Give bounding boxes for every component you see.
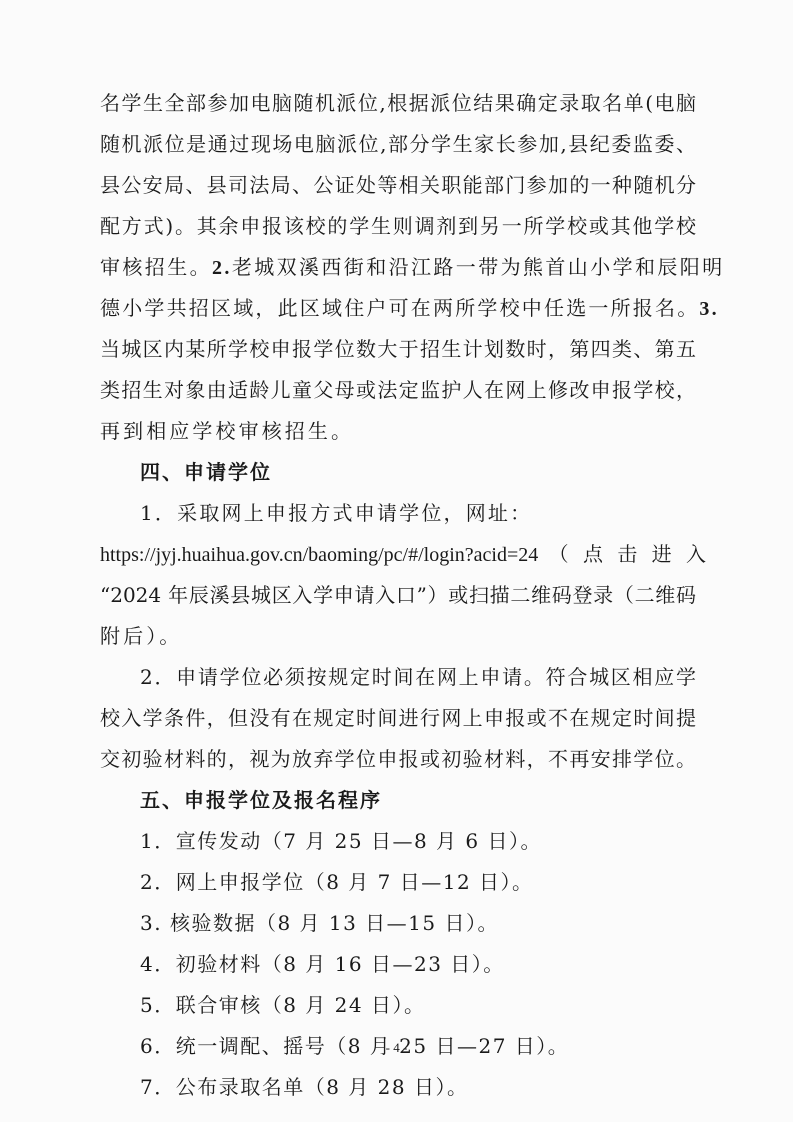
url-line: https://jyj.huaihua.gov.cn/baoming/pc/#/… (100, 541, 696, 568)
bold-number: 3. (699, 298, 718, 320)
registration-url-link[interactable]: https://jyj.huaihua.gov.cn/baoming/pc/#/… (100, 544, 538, 566)
body-text-line: 德小学共招区域，此区域住户可在两所学校中任选一所报名。3. (100, 295, 696, 322)
procedure-step: 3. 核验数据（8 月 13 日—15 日）。 (100, 910, 696, 936)
procedure-step: 4．初验材料（8 月 16 日—23 日）。 (100, 951, 696, 977)
body-text-line: 随机派位是通过现场电脑派位,部分学生家长参加,县纪委监委、 (100, 131, 696, 157)
body-text-line: 县公安局、县司法局、公证处等相关职能部门参加的一种随机分 (100, 172, 696, 198)
body-text-line: 交初验材料的，视为放弃学位申报或初验材料，不再安排学位。 (100, 746, 696, 772)
section-heading: 五、申报学位及报名程序 (100, 787, 696, 813)
procedure-step: 2．网上申报学位（8 月 7 日—12 日）。 (100, 869, 696, 895)
list-item-text: 2．申请学位必须按规定时间在网上申请。符合城区相应学 (100, 664, 696, 690)
section-heading: 四、申请学位 (100, 459, 696, 485)
body-text-line: 当城区内某所学校申报学位数大于招生计划数时，第四类、第五 (100, 336, 696, 362)
url-suffix-text: （ 点 击 进 入 (549, 542, 710, 566)
body-text-line: 校入学条件，但没有在规定时间进行网上申报或不在规定时间提 (100, 705, 696, 731)
body-text-line: 名学生全部参加电脑随机派位,根据派位结果确定录取名单(电脑 (100, 90, 696, 116)
text-segment: 德小学共招区域，此区域住户可在两所学校中任选一所报名。 (100, 296, 699, 320)
body-text-line: “2024 年辰溪县城区入学申请入口”）或扫描二维码登录（二维码 (100, 582, 696, 608)
page-number: - 4 - (0, 1040, 793, 1056)
body-text-line: 审核招生。2.老城双溪西街和沿江路一带为熊首山小学和辰阳明 (100, 254, 696, 281)
list-item-text: 1．采取网上申报方式申请学位，网址： (100, 500, 696, 526)
procedure-step: 1．宣传发动（7 月 25 日—8 月 6 日）。 (100, 828, 696, 854)
text-segment: 审核招生。 (100, 255, 212, 279)
body-text-line: 附后）。 (100, 623, 696, 649)
procedure-step: 5．联合审核（8 月 24 日）。 (100, 992, 696, 1018)
body-text-line: 配方式)。其余申报该校的学生则调剂到另一所学校或其他学校 (100, 213, 696, 239)
bold-number: 2. (212, 257, 232, 279)
procedure-step: 7．公布录取名单（8 月 28 日）。 (100, 1074, 696, 1100)
text-segment: 老城双溪西街和沿江路一带为熊首山小学和辰阳明 (232, 255, 725, 279)
body-text-line: 再到相应学校审核招生。 (100, 418, 696, 444)
body-text-line: 类招生对象由适龄儿童父母或法定监护人在网上修改申报学校， (100, 377, 696, 403)
